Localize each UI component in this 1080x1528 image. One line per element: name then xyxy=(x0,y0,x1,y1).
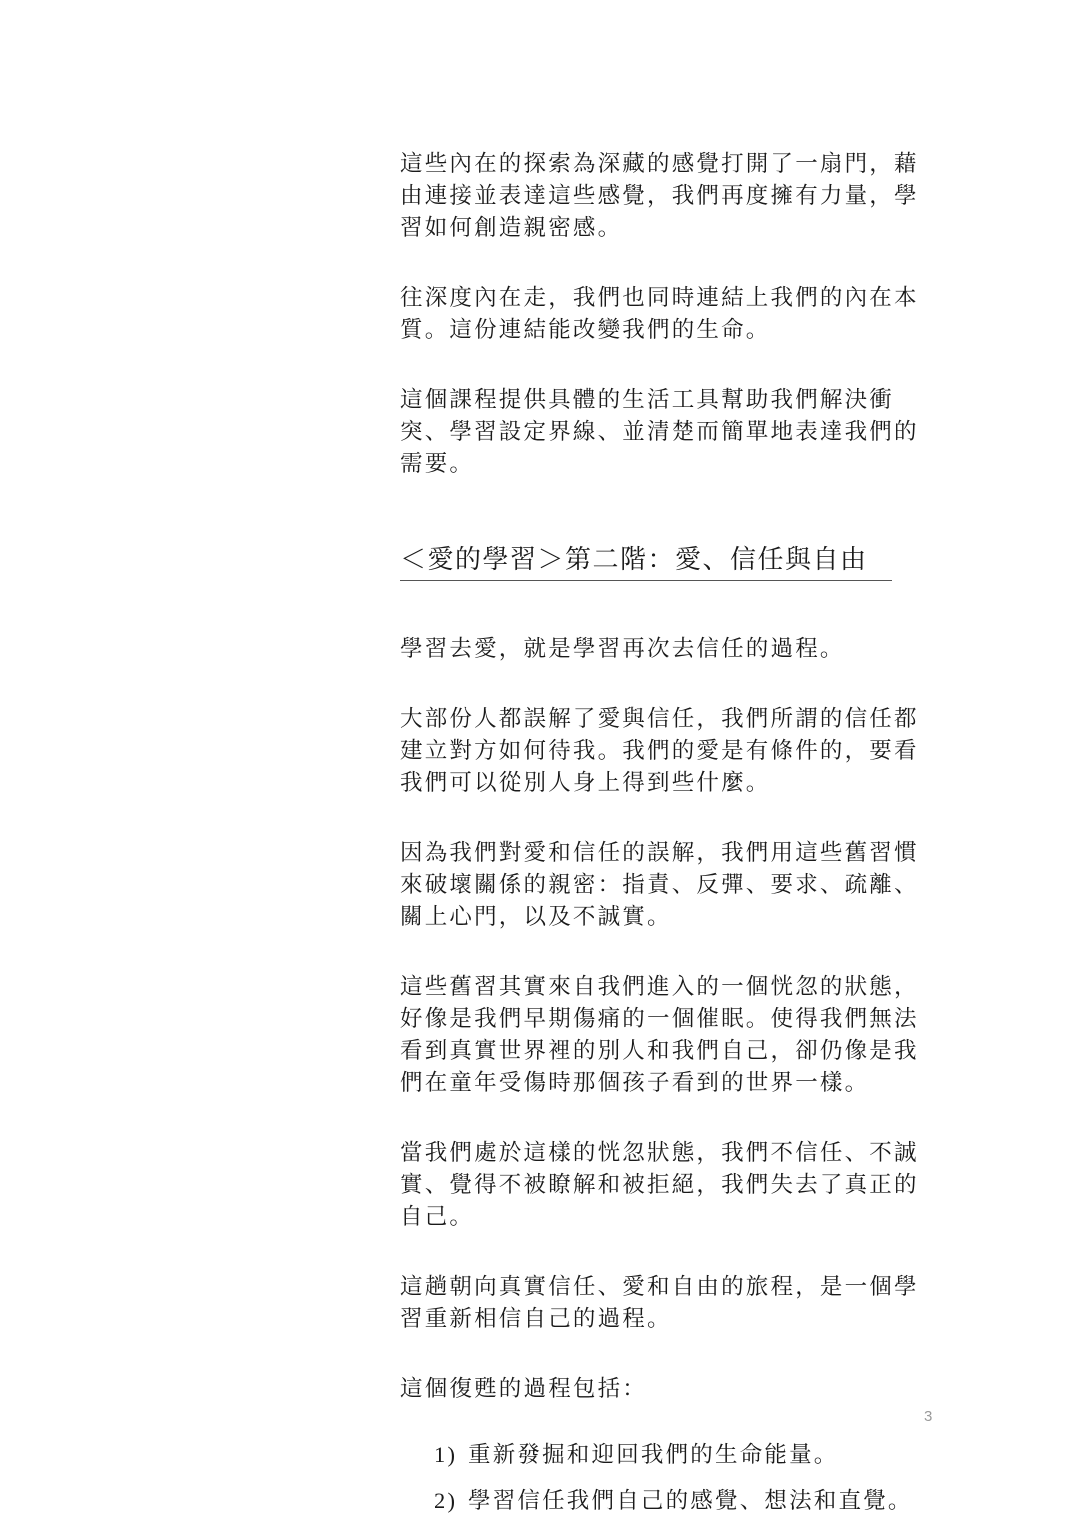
section-paragraph-2: 大部份人都誤解了愛與信任，我們所謂的信任都建立對方如何待我。我們的愛是有條件的，… xyxy=(400,703,940,799)
intro-paragraph-1: 這些內在的探索為深藏的感覺打開了一扇門，藉由連接並表達這些感覺，我們再度擁有力量… xyxy=(400,148,940,244)
page-number: 3 xyxy=(924,1408,932,1425)
list-item-number: 1) xyxy=(434,1439,468,1471)
section-paragraph-6: 這趟朝向真實信任、愛和自由的旅程，是一個學習重新相信自己的過程。 xyxy=(400,1271,940,1335)
numbered-list: 1)重新發掘和迎回我們的生命能量。 2)學習信任我們自己的感覺、想法和直覺。 xyxy=(400,1439,940,1517)
page-content: 這些內在的探索為深藏的感覺打開了一扇門，藉由連接並表達這些感覺，我們再度擁有力量… xyxy=(400,148,940,1528)
document-page: 這些內在的探索為深藏的感覺打開了一扇門，藉由連接並表達這些感覺，我們再度擁有力量… xyxy=(0,0,1080,1528)
section-paragraph-1: 學習去愛，就是學習再次去信任的過程。 xyxy=(400,633,940,665)
intro-paragraph-3: 這個課程提供具體的生活工具幫助我們解決衝突、學習設定界線、並清楚而簡單地表達我們… xyxy=(400,384,940,480)
section-paragraph-3: 因為我們對愛和信任的誤解，我們用這些舊習慣來破壞關係的親密：指責、反彈、要求、疏… xyxy=(400,837,940,933)
list-item-text: 學習信任我們自己的感覺、想法和直覺。 xyxy=(468,1488,913,1514)
list-item: 2)學習信任我們自己的感覺、想法和直覺。 xyxy=(434,1485,940,1517)
list-item-text: 重新發掘和迎回我們的生命能量。 xyxy=(468,1442,839,1468)
section-paragraph-4: 這些舊習其實來自我們進入的一個恍忽的狀態，好像是我們早期傷痛的一個催眠。使得我們… xyxy=(400,971,940,1099)
section-paragraph-7: 這個復甦的過程包括： xyxy=(400,1373,940,1405)
list-item-number: 2) xyxy=(434,1485,468,1517)
section-heading-wrap: ＜愛的學習＞第二階：愛、信任與自由 xyxy=(400,542,940,611)
list-item: 1)重新發掘和迎回我們的生命能量。 xyxy=(434,1439,940,1471)
section-heading: ＜愛的學習＞第二階：愛、信任與自由 xyxy=(400,542,892,581)
intro-paragraph-2: 往深度內在走，我們也同時連結上我們的內在本質。這份連結能改變我們的生命。 xyxy=(400,282,940,346)
section-paragraph-5: 當我們處於這樣的恍忽狀態，我們不信任、不誠實、覺得不被瞭解和被拒絕，我們失去了真… xyxy=(400,1137,940,1233)
